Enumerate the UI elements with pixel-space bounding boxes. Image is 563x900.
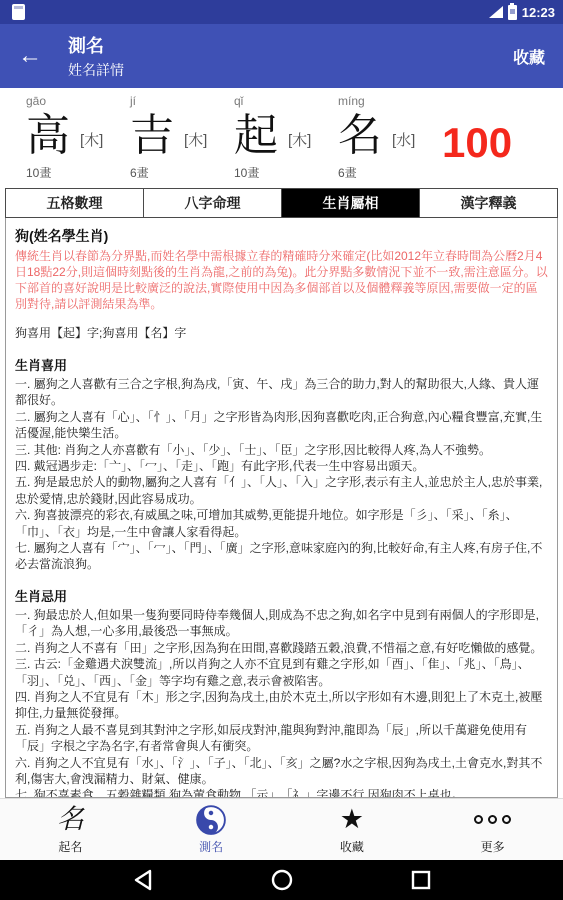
- more-dots-icon: [474, 815, 511, 824]
- tab-bazi-mingli[interactable]: 八字命理: [144, 189, 282, 217]
- list-item: 四. 肖狗之人不宜見有「木」形之字,因狗為戌土,由於木克土,所以字形如有木邊,則…: [15, 689, 548, 722]
- list-item: 四. 戴冠遇步走:「亠」、「冖」、「走」、「跑」有此字形,代表一生中容易出頭天。: [15, 458, 548, 474]
- nav-item-ceming[interactable]: 測名: [141, 799, 282, 860]
- page-title: 測名: [68, 32, 124, 58]
- status-bar: 12:23: [0, 0, 563, 24]
- name-score: 100: [442, 122, 512, 164]
- battery-icon: [508, 5, 517, 20]
- nav-label: 更多: [481, 838, 505, 855]
- app-bar: ← 測名 姓名詳情 收藏: [0, 24, 563, 88]
- zodiac-article: 狗(姓名學生肖) 傳統生肖以春節為分界點,而姓名學中需根據立春的精確時分來確定(…: [5, 218, 558, 798]
- list-item: 七. 屬狗之人喜有「宀」、「冖」、「門」、「廣」之字形,意味家庭內的狗,比較好命…: [15, 540, 548, 573]
- list-item: 五. 狗是最忠於人的動物,屬狗之人喜有「亻」、「人」、「入」之字形,表示有主人,…: [15, 474, 548, 507]
- tab-shengxiao-shuxiang[interactable]: 生肖屬相: [282, 189, 420, 217]
- element-tag: [水]: [392, 129, 415, 150]
- list-item: 三. 其他: 肖狗之人亦喜歡有「小」、「少」、「士」、「臣」之字形,因比較得人疼…: [15, 442, 548, 458]
- name-usage-line: 狗喜用【起】字;狗喜用【名】字: [15, 324, 548, 341]
- list-item: 六. 狗喜披漂亮的彩衣,有威風之味,可增加其威勢,更能提升地位。如字形是「彡」、…: [15, 507, 548, 540]
- element-tag: [木]: [288, 129, 311, 150]
- clock-time: 12:23: [522, 5, 555, 20]
- tab-wuge-shuli[interactable]: 五格數理: [6, 189, 144, 217]
- section-title: 生肖喜用: [15, 355, 548, 374]
- name-result-panel: gāo 高 [木] 10畫 jí 吉 [木] 6畫 qǐ 起 [木] 10畫 m…: [0, 88, 563, 182]
- element-tag: [木]: [80, 129, 103, 150]
- pinyin-label: jí: [130, 94, 234, 110]
- pinyin-label: gāo: [26, 94, 130, 110]
- cellular-signal-icon: [489, 6, 503, 18]
- name-char-group: gāo 高 [木] 10畫: [26, 94, 130, 182]
- name-char-group: míng 名 [水] 6畫: [338, 94, 442, 182]
- name-character: 名: [338, 114, 382, 158]
- tab-hanzi-shiyi[interactable]: 漢字釋義: [420, 189, 557, 217]
- name-character: 吉: [130, 114, 174, 158]
- element-tag: [木]: [184, 129, 207, 150]
- category-tab-bar: 五格數理 八字命理 生肖屬相 漢字釋義: [5, 188, 558, 218]
- bottom-nav-bar: 名 起名 測名 ★ 收藏 更多: [0, 798, 563, 860]
- nav-item-qiming[interactable]: 名 起名: [0, 799, 141, 860]
- notification-file-icon: [12, 4, 25, 20]
- star-icon: ★: [340, 806, 364, 833]
- nav-label: 收藏: [340, 838, 364, 855]
- list-item: 七. 狗不喜素食、五穀雜糧類,狗為葷食動物,「示」、「礻」字邊不行,因狗肉不上桌…: [15, 787, 548, 798]
- yinyang-icon: [196, 805, 226, 835]
- stroke-count: 6畫: [130, 164, 234, 182]
- article-heading: 狗(姓名學生肖): [15, 226, 548, 246]
- android-recents-icon[interactable]: [411, 870, 431, 890]
- nav-label: 起名: [58, 838, 82, 855]
- zodiac-notice-text: 傳統生肖以春節為分界點,而姓名學中需根據立春的精確時分來確定(比如2012年立春…: [15, 248, 548, 312]
- android-back-icon[interactable]: [133, 869, 153, 891]
- list-item: 一. 屬狗之人喜歡有三合之字根,狗為戌,「寅、午、戌」為三合的助力,對人的幫助很…: [15, 376, 548, 409]
- list-item: 六. 肖狗之人不宜見有「水」、「氵」、「子」、「北」、「亥」之屬?水之字根,因狗…: [15, 755, 548, 788]
- section-favorable: 生肖喜用 一. 屬狗之人喜歡有三合之字根,狗為戌,「寅、午、戌」為三合的助力,對…: [15, 355, 548, 573]
- back-arrow-icon[interactable]: ←: [18, 44, 42, 68]
- list-item: 二. 屬狗之人喜有「心」、「忄」、「月」之字形皆為肉形,因狗喜歡吃肉,正合狗意,…: [15, 409, 548, 442]
- stroke-count: 10畫: [26, 164, 130, 182]
- section-unfavorable: 生肖忌用 一. 狗最忠於人,但如果一隻狗要同時侍奉幾個人,則成為不忠之狗,如名字…: [15, 586, 548, 798]
- nav-item-shoucang[interactable]: ★ 收藏: [282, 799, 423, 860]
- list-item: 二. 肖狗之人不喜有「田」之字形,因為狗在田間,喜歡踐踏五穀,浪費,不惜福之意,…: [15, 640, 548, 656]
- stroke-count: 6畫: [338, 164, 442, 182]
- favorite-action-button[interactable]: 收藏: [513, 45, 545, 68]
- section-title: 生肖忌用: [15, 586, 548, 605]
- page-subtitle: 姓名詳情: [68, 60, 124, 80]
- stroke-count: 10畫: [234, 164, 338, 182]
- list-item: 三. 古云:「金雞遇犬淚雙流」,所以肖狗之人亦不宜見到有雞之字形,如「酉」、「隹…: [15, 656, 548, 689]
- pinyin-label: míng: [338, 94, 442, 110]
- nav-label: 測名: [199, 838, 223, 855]
- android-navigation-bar: [0, 860, 563, 900]
- name-char-group: qǐ 起 [木] 10畫: [234, 94, 338, 182]
- list-item: 一. 狗最忠於人,但如果一隻狗要同時侍奉幾個人,則成為不忠之狗,如名字中見到有兩…: [15, 607, 548, 640]
- name-character: 高: [26, 114, 70, 158]
- pinyin-label: qǐ: [234, 94, 338, 110]
- name-character: 起: [234, 114, 278, 158]
- nav-item-gengduo[interactable]: 更多: [422, 799, 563, 860]
- name-char-group: jí 吉 [木] 6畫: [130, 94, 234, 182]
- android-home-icon[interactable]: [271, 869, 293, 891]
- list-item: 五. 肖狗之人最不喜見到其對沖之字形,如辰戌對沖,龍與狗對沖,龍即為「辰」,所以…: [15, 722, 548, 755]
- name-calligraphy-icon: 名: [57, 806, 84, 833]
